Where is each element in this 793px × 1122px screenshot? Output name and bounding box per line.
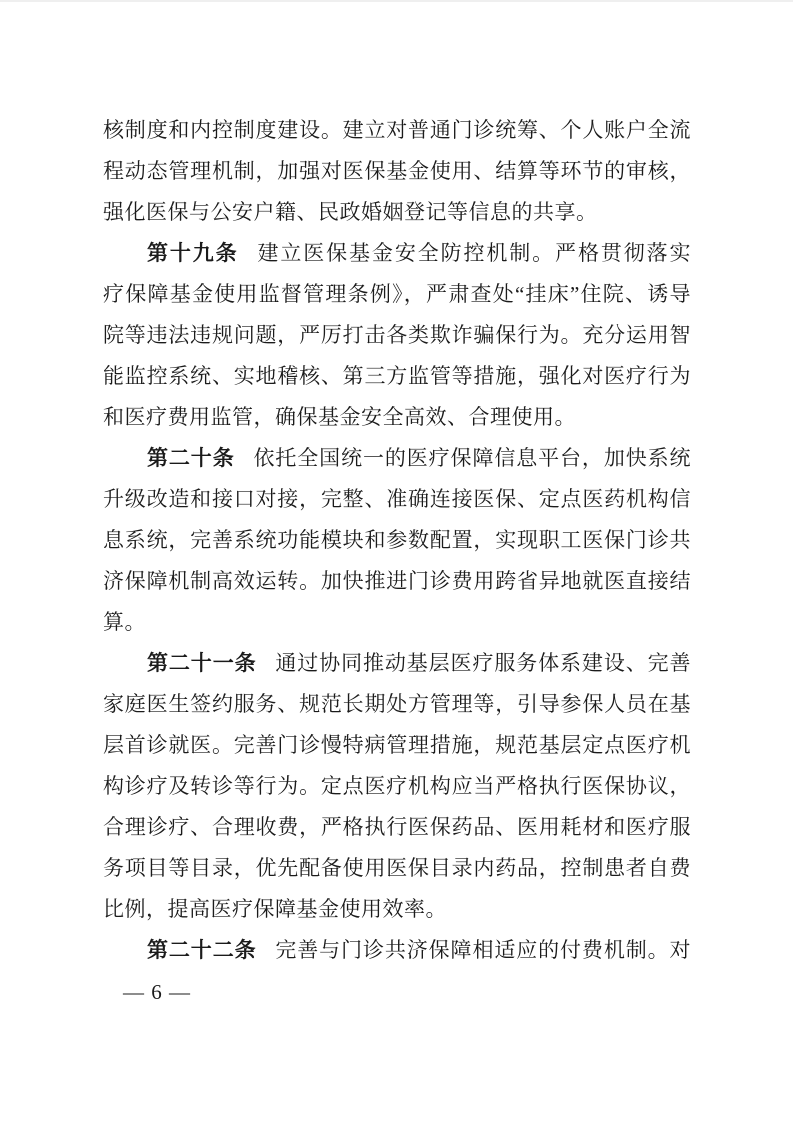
page-number: — 6 —: [123, 980, 191, 1004]
text-line: 核制度和内控制度建设。建立对普通门诊统筹、个人账户全流: [103, 110, 691, 151]
text-line: 升级改造和接口对接，完整、准确连接医保、定点医药机构信: [103, 479, 691, 520]
text-line: 务项目等目录，优先配备使用医保目录内药品，控制患者自费: [103, 848, 691, 889]
article-text: 通过协同推动基层医疗服务体系建设、完善: [275, 651, 691, 675]
text-line: 济保障机制高效运转。加快推进门诊费用跨省异地就医直接结: [103, 561, 691, 602]
article-number: 第二十条: [147, 446, 235, 470]
document-page: 核制度和内控制度建设。建立对普通门诊统筹、个人账户全流 程动态管理机制，加强对医…: [0, 0, 793, 1122]
text-line: 疗保障基金使用监督管理条例》，严肃查处“挂床”住院、诱导住: [103, 274, 691, 315]
text-line: 强化医保与公安户籍、民政婚姻登记等信息的共享。: [103, 192, 691, 233]
scan-edge-artifact: [0, 0, 793, 2]
text-line: 算。: [103, 602, 691, 643]
article-text: 完善与门诊共济保障相适应的付费机制。对: [275, 938, 691, 962]
article-number: 第二十一条: [147, 651, 256, 675]
article-heading-line: 第二十二条完善与门诊共济保障相适应的付费机制。对: [103, 930, 691, 971]
text-line: 院等违法违规问题，严厉打击各类欺诈骗保行为。充分运用智: [103, 315, 691, 356]
article-heading-line: 第十九条建立医保基金安全防控机制。严格贯彻落实《医: [103, 233, 691, 274]
text-line: 比例，提高医疗保障基金使用效率。: [103, 889, 691, 930]
text-line: 和医疗费用监管，确保基金安全高效、合理使用。: [103, 397, 691, 438]
text-line: 合理诊疗、合理收费，严格执行医保药品、医用耗材和医疗服: [103, 807, 691, 848]
article-heading-line: 第二十一条通过协同推动基层医疗服务体系建设、完善: [103, 643, 691, 684]
text-line: 能监控系统、实地稽核、第三方监管等措施，强化对医疗行为: [103, 356, 691, 397]
article-heading-line: 第二十条依托全国统一的医疗保障信息平台，加快系统: [103, 438, 691, 479]
text-line: 构诊疗及转诊等行为。定点医疗机构应当严格执行医保协议，: [103, 766, 691, 807]
text-line: 息系统，完善系统功能模块和参数配置，实现职工医保门诊共: [103, 520, 691, 561]
article-number: 第十九条: [147, 241, 239, 265]
article-number: 第二十二条: [147, 938, 256, 962]
text-line: 家庭医生签约服务、规范长期处方管理等，引导参保人员在基: [103, 684, 691, 725]
document-text-block: 核制度和内控制度建设。建立对普通门诊统筹、个人账户全流 程动态管理机制，加强对医…: [103, 110, 691, 971]
article-text: 依托全国统一的医疗保障信息平台，加快系统: [253, 446, 691, 470]
text-line: 层首诊就医。完善门诊慢特病管理措施，规范基层定点医疗机: [103, 725, 691, 766]
text-line: 程动态管理机制，加强对医保基金使用、结算等环节的审核，: [103, 151, 691, 192]
